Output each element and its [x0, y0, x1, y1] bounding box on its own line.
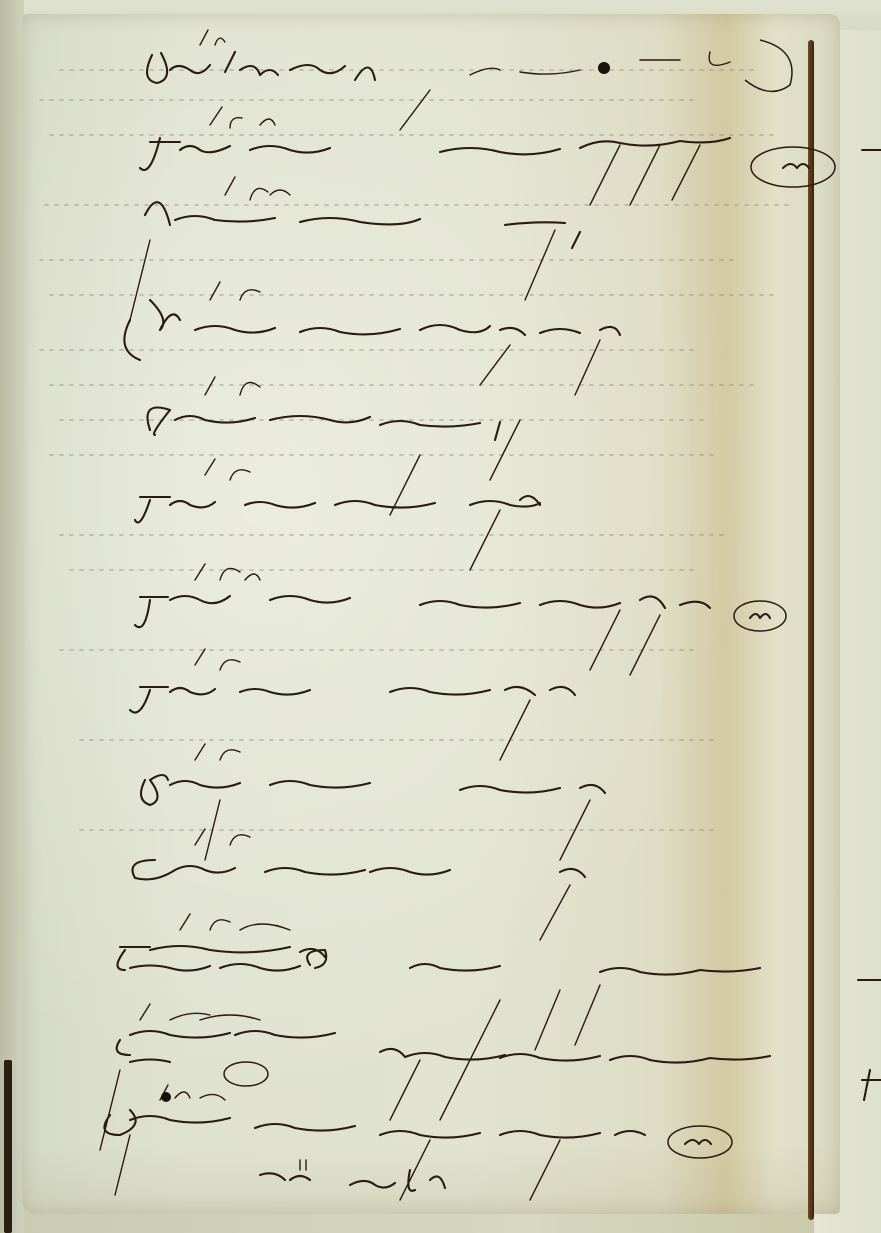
facing-page-marks: [858, 150, 881, 1100]
entry-9: [141, 744, 605, 860]
entry-4: [124, 282, 620, 395]
entry-3: [130, 177, 580, 320]
manuscript-ink-layer: [0, 0, 881, 1233]
entry-2: [140, 107, 835, 205]
entry-12: [100, 1004, 770, 1150]
footer-text: ...# ...iij ...j.: [0, 0, 6, 1]
bleed-through-text: [40, 70, 790, 830]
entry-1: [147, 30, 792, 130]
entry-8: [130, 649, 575, 760]
entry-10: [133, 829, 586, 940]
entry-5: [148, 377, 521, 515]
entry-11: [118, 914, 761, 1060]
entry-7: [135, 564, 786, 675]
entry-13: [104, 1085, 732, 1200]
entry-6: [135, 459, 540, 570]
